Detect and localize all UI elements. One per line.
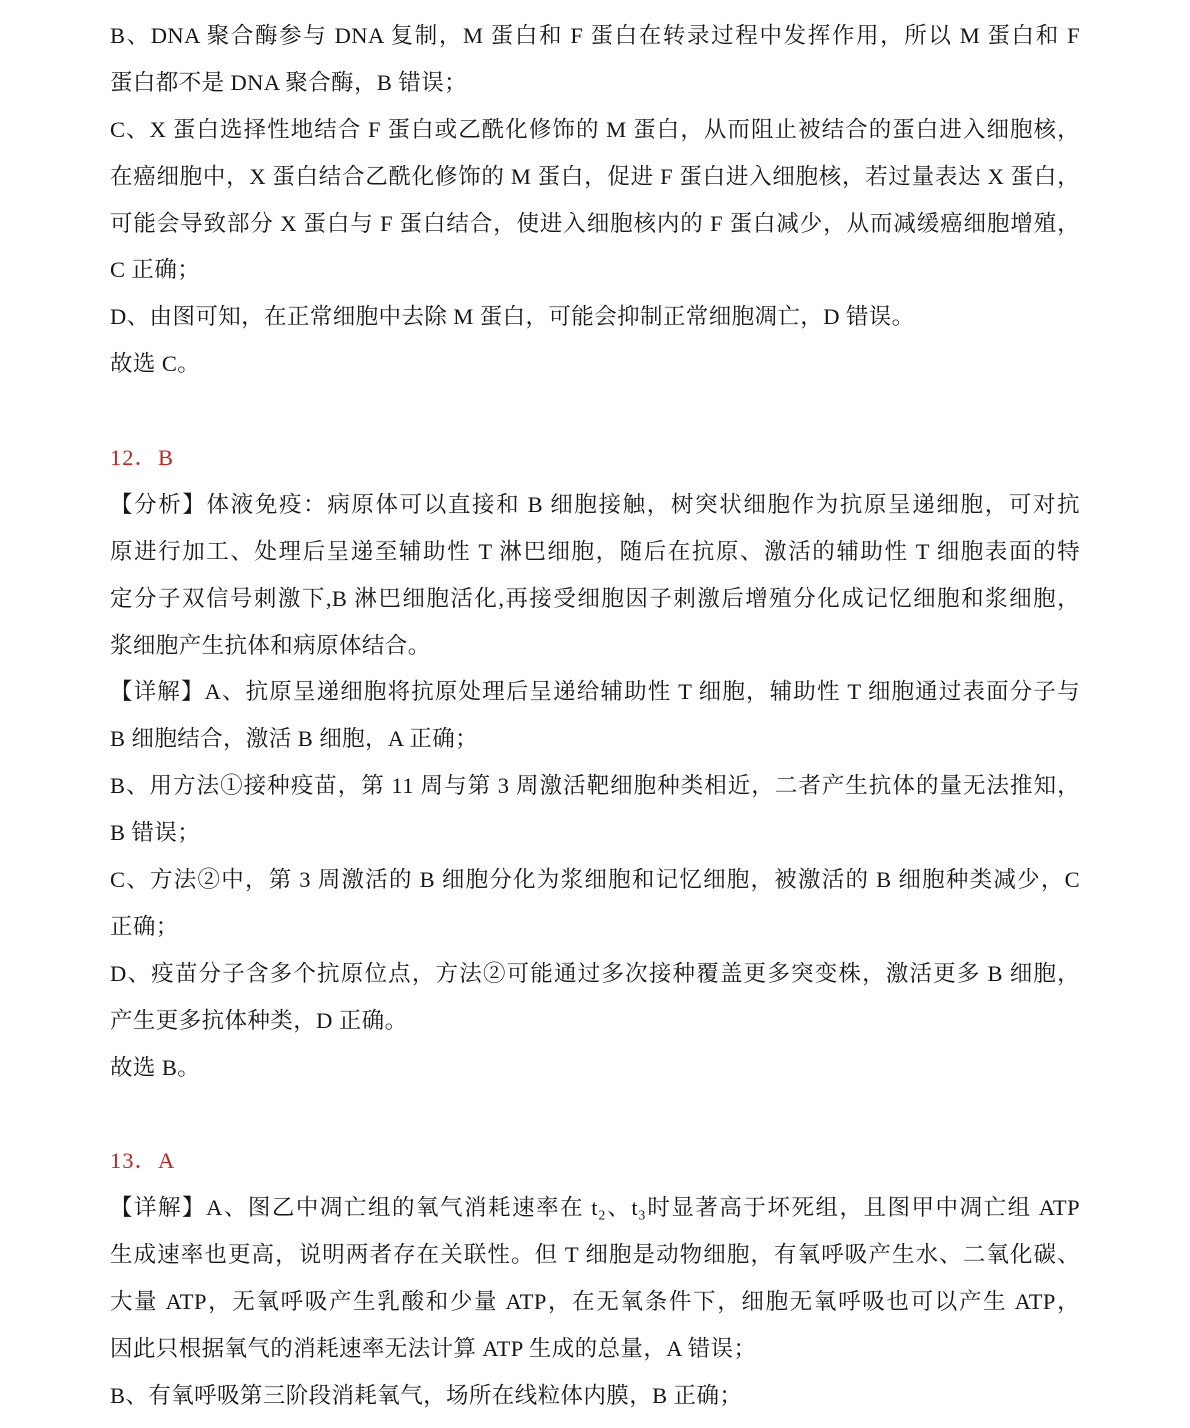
text-line: B、DNA 聚合酶参与 DNA 复制，M 蛋白和 F 蛋白在转录过程中发挥作用，…	[110, 13, 1080, 60]
text-line: 可能会导致部分 X 蛋白与 F 蛋白结合，使进入细胞核内的 F 蛋白减少，从而减…	[110, 201, 1080, 248]
text-line: B 错误；	[110, 810, 1080, 857]
spacer-line	[110, 1091, 1080, 1138]
text-line: C、X 蛋白选择性地结合 F 蛋白或乙酰化修饰的 M 蛋白，从而阻止被结合的蛋白…	[110, 107, 1080, 154]
text-line: B、有氧呼吸第三阶段消耗氧气，场所在线粒体内膜，B 正确；	[110, 1373, 1080, 1420]
text-line: 蛋白都不是 DNA 聚合酶，B 错误；	[110, 60, 1080, 107]
answer-conclusion-q12: 故选 B。	[110, 1045, 1080, 1092]
answer-document-page: B、DNA 聚合酶参与 DNA 复制，M 蛋白和 F 蛋白在转录过程中发挥作用，…	[0, 0, 1190, 1428]
text-line: 因此只根据氧气的消耗速率无法计算 ATP 生成的总量，A 错误；	[110, 1326, 1080, 1373]
text-line: 【分析】体液免疫：病原体可以直接和 B 细胞接触，树突状细胞作为抗原呈递细胞，可…	[110, 482, 1080, 529]
answer-heading-q12: 12．B	[110, 435, 1080, 482]
text-line: 【详解】A、图乙中凋亡组的氧气消耗速率在 t₂、t₃时显著高于坏死组，且图甲中凋…	[110, 1185, 1080, 1232]
text-line: 原进行加工、处理后呈递至辅助性 T 淋巴细胞，随后在抗原、激活的辅助性 T 细胞…	[110, 529, 1080, 576]
text-line: 正确；	[110, 904, 1080, 951]
answer-section-q13: 13．A 【详解】A、图乙中凋亡组的氧气消耗速率在 t₂、t₃时显著高于坏死组，…	[110, 1138, 1080, 1419]
text-line: 大量 ATP，无氧呼吸产生乳酸和少量 ATP，在无氧条件下，细胞无氧呼吸也可以产…	[110, 1279, 1080, 1326]
text-line: 定分子双信号刺激下,B 淋巴细胞活化,再接受细胞因子刺激后增殖分化成记忆细胞和浆…	[110, 576, 1080, 623]
text-line: B、用方法①接种疫苗，第 11 周与第 3 周激活靶细胞种类相近，二者产生抗体的…	[110, 763, 1080, 810]
text-line: 浆细胞产生抗体和病原体结合。	[110, 623, 1080, 670]
text-line: 【详解】A、抗原呈递细胞将抗原处理后呈递给辅助性 T 细胞，辅助性 T 细胞通过…	[110, 669, 1080, 716]
text-line: D、疫苗分子含多个抗原位点，方法②可能通过多次接种覆盖更多突变株，激活更多 B …	[110, 951, 1080, 998]
text-line: 生成速率也更高，说明两者存在关联性。但 T 细胞是动物细胞，有氧呼吸产生水、二氧…	[110, 1232, 1080, 1279]
answer-section-q11-tail: B、DNA 聚合酶参与 DNA 复制，M 蛋白和 F 蛋白在转录过程中发挥作用，…	[110, 13, 1080, 388]
spacer-line	[110, 388, 1080, 435]
text-line: D、由图可知，在正常细胞中去除 M 蛋白，可能会抑制正常细胞凋亡，D 错误。	[110, 294, 1080, 341]
text-line: C、方法②中，第 3 周激活的 B 细胞分化为浆细胞和记忆细胞，被激活的 B 细…	[110, 857, 1080, 904]
answer-section-q12: 12．B 【分析】体液免疫：病原体可以直接和 B 细胞接触，树突状细胞作为抗原呈…	[110, 435, 1080, 1091]
text-line: 在癌细胞中，X 蛋白结合乙酰化修饰的 M 蛋白，促进 F 蛋白进入细胞核，若过量…	[110, 154, 1080, 201]
answer-heading-q13: 13．A	[110, 1138, 1080, 1185]
text-line: C 正确；	[110, 247, 1080, 294]
text-line: B 细胞结合，激活 B 细胞，A 正确；	[110, 716, 1080, 763]
answer-conclusion-q11: 故选 C。	[110, 341, 1080, 388]
text-line: 产生更多抗体种类，D 正确。	[110, 998, 1080, 1045]
